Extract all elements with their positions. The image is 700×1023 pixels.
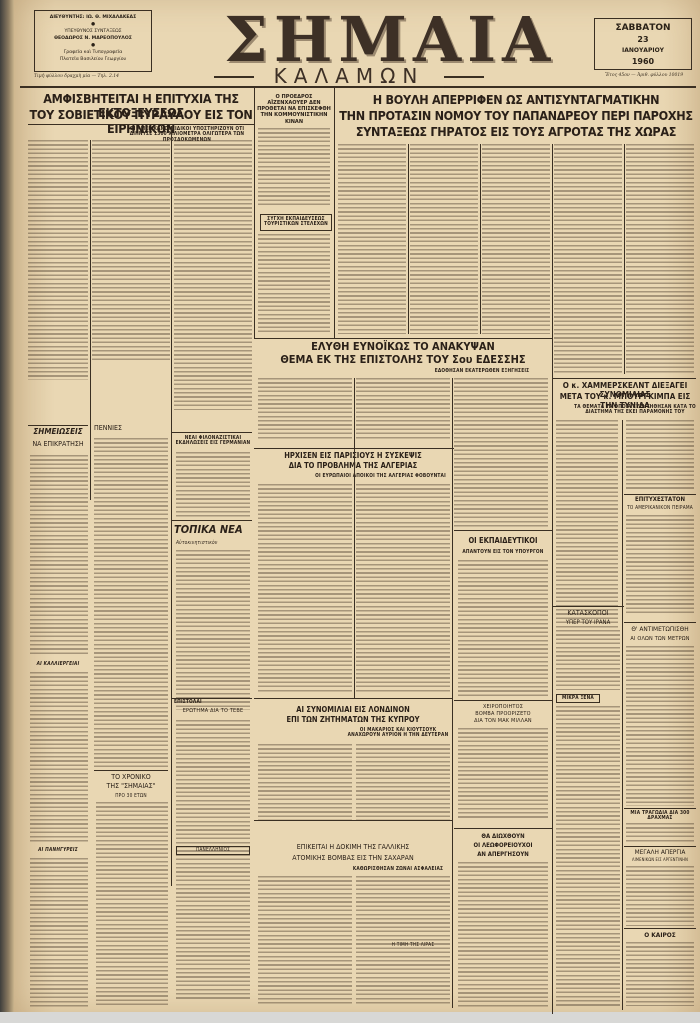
headline-cyprus-1: ΑΙ ΣΥΝΟΜΙΛΙΑΙ ΕΙΣ ΛΟΝΔΙΝΟΝ — [254, 706, 452, 714]
headline-pennies: ΠΕΝΝΙΕΣ — [94, 425, 124, 433]
article-text-missile-col1 — [28, 140, 88, 380]
article-text-cyprus-col2 — [356, 744, 450, 820]
article-text-algeria-col2 — [356, 484, 450, 694]
headline-letters: ΕΡΩΤΗΜΑ ΔΙΑ ΤΟ ΤΕΒΕ — [174, 708, 252, 714]
rule — [454, 828, 552, 829]
article-text-edessa-col1 — [258, 378, 352, 440]
section-local-news: ΤΟΠΙΚΑ ΝΕΑ — [174, 524, 252, 536]
headline-parliament-1: Η ΒΟΥΛΗ ΑΠΕΡΡΙΦΕΝ ΩΣ ΑΝΤΙΣΥΝΤΑΓΜΑΤΙΚΗΝ — [336, 93, 696, 107]
headline-notes: ΝΑ ΕΠΙΚΡΑΤΗΣΗ — [28, 441, 88, 449]
rule — [624, 622, 696, 623]
article-text-edessa-col2 — [356, 378, 450, 440]
rule — [172, 520, 252, 521]
article-text-american-test — [626, 515, 694, 615]
headline-edessa-1: ΕΛΥΘΗ ΕΥΝΟΪΚΩΣ ΤΟ ΑΝΑΚΥΨΑΝ — [254, 341, 552, 353]
masthead-office-line2: Πλατεῖα Βασιλείου Γεωργίου — [35, 56, 151, 63]
rule — [624, 808, 696, 809]
rule — [254, 698, 452, 699]
article-text-strike — [626, 866, 694, 926]
headline-weather: Ο ΚΑΙΡΟΣ — [624, 932, 696, 939]
headline-atomic-2: ΑΤΟΜΙΚΗΣ ΒΟΜΒΑΣ ΕΙΣ ΤΗΝ ΣΑΧΑΡΑΝ — [254, 855, 452, 863]
local-news-item: Αὐτοκινητιστικὸν — [176, 541, 246, 546]
subhead-american-test: ΤΟ ΑΜΕΡΙΚΑΝΙΚΟΝ ΠΕΙΡΑΜΑ — [624, 506, 696, 511]
article-text-hammarskjold-col1 — [556, 420, 618, 630]
rule — [254, 820, 452, 821]
article-text-algeria-col1 — [258, 484, 352, 694]
masthead-editor-name: ΘΕΟΔΩΡΟΣ Ν. ΜΑΡΕΟΠΟΥΛΟΣ — [35, 35, 151, 42]
article-text-iran — [556, 630, 620, 690]
rule — [454, 700, 552, 701]
headline-edessa-2: ΘΕΜΑ ΕΚ ΤΗΣ ΕΠΙΣΤΟΛΗΣ ΤΟΥ Σου ΕΔΕΣΣΗΣ — [254, 354, 552, 366]
subhead-cultivation: ΑΙ ΚΑΛΛΙΕΡΓΕΙΑΙ — [28, 662, 88, 667]
rule — [254, 338, 552, 339]
masthead-rule — [20, 86, 696, 88]
headline-bus-1: ΘΑ ΔΙΩΧΘΟΥΝ — [454, 834, 552, 841]
headline-algeria-1: ΗΡΧΙΣΕΝ ΕΙΣ ΠΑΡΙΣΙΟΥΣ Η ΣΥΣΚΕΨΙΣ — [254, 452, 452, 460]
headline-small-foreign: ΜΙΚΡΑ ΞΕΝΑ — [556, 694, 600, 703]
newspaper-page: ΔΙΕΥΘΥΝΤΗΣ: ΙΩ. Θ. ΜΙΧΑΛΑΚΕΑΣ ● ΥΠΕΥΘΥΝΟ… — [14, 0, 700, 1012]
edition-number: Ἔτος 45ον — Ἀριθ. φύλλου 10019 — [594, 73, 694, 78]
headline-drachma: Η ΤΙΜΗ ΤΗΣ ΛΙΡΑΣ — [374, 943, 452, 948]
article-text-pharmacies — [176, 452, 250, 517]
headline-bus-2: ΟΙ ΛΕΩΦΟΡΕΙΟΥΧΟΙ — [454, 843, 552, 850]
subhead-festivals: ΑΙ ΠΑΝΗΓΥΡΕΙΣ — [28, 848, 88, 853]
box-headline-tourism: ΣΥΓΧΗ ΕΚΠΑΙΔΕΥΣΕΩΣ ΤΟΥΡΙΣΤΙΚΩΝ ΣΤΕΛΕΧΩΝ — [260, 214, 332, 231]
article-text-bomb — [458, 728, 548, 818]
rule — [624, 928, 696, 929]
article-text-cultivation — [30, 672, 88, 842]
article-text-letters — [176, 720, 250, 1000]
article-text-eisenhower — [258, 128, 330, 208]
headline-bus-3: ΑΝ ΑΠΕΡΓΗΣΟΥΝ — [454, 852, 552, 859]
article-text-missile-col2 — [92, 140, 170, 360]
masthead-office-line1: Γραφεῖα καὶ Τυπογραφεῖα — [35, 49, 151, 56]
headline-cyprus-2: ΕΠΙ ΤΩΝ ΖΗΤΗΜΑΤΩΝ ΤΗΣ ΚΥΠΡΟΥ — [254, 716, 452, 724]
masthead-director: ΔΙΕΥΘΥΝΤΗΣ: ΙΩ. Θ. ΜΙΧΑΛΑΚΕΑΣ — [35, 14, 151, 21]
subhead-cyprus: ΟΙ ΜΑΚΑΡΙΟΣ ΚΑΙ ΚΙΟΥΤΣΟΥΚ ΑΝΑΧΩΡΟΥΝ ΑΥΡΙ… — [344, 728, 452, 739]
column-rule — [622, 420, 623, 1010]
headline-atomic-1: ΕΠΙΚΕΙΤΑΙ Η ΔΟΚΙΜΗ ΤΗΣ ΓΑΛΛΙΚΗΣ — [254, 844, 452, 852]
page-binding-edge — [0, 0, 14, 1023]
headline-iran-1: ΚΑΤΑΣΚΟΠΟΙ — [554, 610, 622, 618]
scan-bottom-margin — [0, 1012, 700, 1023]
subhead-strike: ΛΙΜΕΝΙΚΩΝ ΕΙΣ ΑΡΓΕΝΤΙΝΗΝ — [624, 858, 696, 862]
headline-chronicle-2: ΤΗΣ "ΣΗΜΑΙΑΣ" — [94, 783, 168, 791]
headline-loss: ΜΙΑ ΤΡΑΓΩΔΙΑ ΔΙΑ 300 ΔΡΑΧΜΑΣ — [624, 811, 696, 822]
article-text-small-foreign — [556, 706, 620, 1006]
article-text-parliament-col2 — [410, 144, 478, 334]
column-rule — [624, 144, 625, 374]
subhead-atomic: ΚΑΘΩΡΙΣΘΗΣΑΝ ΖΩΝΑΙ ΑΣΦΑΛΕΙΑΣ — [344, 867, 452, 872]
article-text-parliament-col1 — [338, 144, 406, 334]
column-rule — [480, 144, 481, 334]
article-text-bus — [458, 862, 548, 1007]
article-text-atomic-col1 — [258, 876, 352, 1006]
masthead-credits-box: ΔΙΕΥΘΥΝΤΗΣ: ΙΩ. Θ. ΜΙΧΑΛΑΚΕΑΣ ● ΥΠΕΥΘΥΝΟ… — [34, 10, 152, 72]
column-rule — [90, 140, 91, 500]
subhead-chronicle: ΠΡΟ 30 ΕΤΩΝ — [94, 794, 168, 799]
masthead-editor-role: ΥΠΕΥΘΥΝΟΣ ΣΥΝΤΑΞΕΩΣ — [35, 28, 151, 35]
newspaper-subtitle: ΚΑΛΑΜΩΝ — [224, 64, 474, 88]
subhead-teachers: ΑΠΑΝΤΟΥΝ ΕΙΣ ΤΟΝ ΥΠΟΥΡΓΟΝ — [454, 550, 552, 555]
rule — [94, 770, 168, 771]
article-text-loss — [626, 823, 694, 843]
article-text-parliament-col3 — [482, 144, 550, 334]
date-month: ΙΑΝΟΥΑΡΙΟΥ — [595, 45, 691, 56]
rule — [28, 425, 88, 426]
article-text-tourism — [258, 234, 330, 334]
subhead-hammarskjold: ΤΑ ΘΕΜΑΤΑ ΤΑ ΟΠΟΙΑ ΣΥΖΗΤΗΘΗΣΑΝ ΚΑΤΑ ΤΟ Δ… — [574, 405, 696, 416]
rule — [552, 606, 624, 607]
headline-iran-2: ΥΠΕΡ ΤΟΥ ΙΡΑΝΑ — [554, 620, 622, 627]
rule — [552, 378, 696, 379]
headline-bomb-3: ΔΙΑ ΤΟΝ ΜΑΚ ΜΙΛΛΑΝ — [454, 718, 552, 724]
rule — [624, 846, 696, 847]
headline-eisenhower: Ο ΠΡΟΕΔΡΟΣ ΑΪΖΕΝΧΑΟΥΕΡ ΔΕΝ ΠΡΟΘΕΤΑΙ ΝΑ Ε… — [256, 94, 332, 125]
subhead-edessa: ΕΔΟΘΗΣΑΝ ΕΚΑΤΕΡΩΘΕΝ ΕΞΗΓΗΣΕΙΣ — [414, 369, 550, 374]
headline-chronicle-1: ΤΟ ΧΡΟΝΙΚΟ — [94, 774, 168, 782]
subhead-algeria: ΟΙ ΕΥΡΩΠΑΙΟΙ ΑΠΟΙΚΟΙ ΤΗΣ ΑΛΓΕΡΙΑΣ ΦΟΒΟΥΝ… — [309, 474, 452, 479]
section-notes: ΣΗΜΕΙΩΣΕΙΣ — [28, 428, 88, 437]
headline-algeria-2: ΔΙΑ ΤΟ ΠΡΟΒΛΗΜΑ ΤΗΣ ΑΛΓΕΡΙΑΣ — [254, 462, 452, 470]
article-text-festivals — [30, 858, 88, 1008]
rule — [172, 698, 252, 699]
article-text-atomic-col2 — [356, 876, 450, 1006]
headline-panhellenic: ΠΑΝΕΛΛΗΝΙΟΣ — [176, 846, 250, 855]
headline-bomb-2: ΒΟΜΒΑ ΠΡΟΟΡΙΖΕΤΟ — [454, 711, 552, 717]
headline-facing-2: ΑΙ ΟΛΩΝ ΤΩΝ ΜΕΤΡΩΝ — [624, 636, 696, 642]
column-rule — [354, 378, 355, 698]
newspaper-title: ΣΗΜΑΙΑ — [224, 8, 474, 72]
column-rule — [452, 378, 453, 1008]
article-text-hammarskjold-col2 — [626, 420, 694, 490]
bullet-icon: ● — [35, 42, 151, 49]
rule — [172, 432, 252, 433]
date-weekday: ΣΑΒΒΑΤΟΝ — [595, 23, 691, 34]
headline-pharmacies: ΝΕΑΙ ΦΙΛΟΝΑΖΙΣΤΙΚΑΙ ΕΚΔΗΛΩΣΕΙΣ ΕΙΣ ΓΕΡΜΑ… — [174, 436, 252, 447]
subtitle-rule-right — [444, 76, 484, 78]
column-rule — [254, 88, 255, 338]
column-rule — [171, 126, 172, 886]
article-text-chronicle — [96, 802, 168, 1007]
article-text-missile-col3 — [174, 140, 252, 410]
headline-parliament-2: ΤΗΝ ΠΡΟΤΑΣΙΝ ΝΟΜΟΥ ΤΟΥ ΠΑΠΑΝΔΡΕΟΥ ΠΕΡΙ Π… — [336, 109, 696, 123]
article-text-cyprus-col1 — [258, 744, 352, 820]
headline-parliament-3: ΣΥΝΤΑΞΕΩΣ ΓΗΡΑΤΟΣ ΕΙΣ ΤΟΥΣ ΑΓΡΟΤΑΣ ΤΗΣ Χ… — [336, 125, 696, 139]
headline-american-test: ΕΠΙΤΥΧΕΣΤΑΤΟΝ — [624, 497, 696, 504]
bullet-icon: ● — [35, 21, 151, 28]
article-text-pennies — [94, 438, 168, 768]
column-rule — [552, 144, 553, 1014]
masthead-price-note: Τιμὴ φύλλου δραχμὴ μία — Τηλ. 2.14 — [34, 74, 154, 79]
date-box: ΣΑΒΒΑΤΟΝ 23 ΙΑΝΟΥΑΡΙΟΥ 1960 — [594, 18, 692, 70]
headline-strike: ΜΕΓΑΛΗ ΑΠΕΡΓΙΑ — [624, 849, 696, 856]
date-day: 23 — [595, 34, 691, 45]
article-text-local — [176, 550, 250, 710]
rule — [624, 494, 696, 495]
article-text-edessa-col3 — [454, 378, 548, 528]
headline-bomb-1: ΧΕΙΡΟΠΟΙΗΤΟΣ — [454, 704, 552, 710]
rule — [28, 124, 254, 125]
date-year: 1960 — [595, 56, 691, 67]
rule — [454, 530, 552, 531]
article-text-facing — [626, 646, 694, 806]
article-text-weather — [626, 942, 694, 1006]
article-text-teachers — [458, 560, 548, 696]
column-rule — [408, 144, 409, 334]
article-text-parliament-col4 — [554, 144, 622, 374]
section-letters: ΕΠΙΣΤΟΛΑΙ — [174, 700, 252, 705]
headline-teachers: ΟΙ ΕΚΠΑΙΔΕΥΤΙΚΟΙ — [454, 537, 552, 545]
article-text-notes — [30, 455, 88, 655]
column-rule — [334, 88, 335, 338]
headline-facing-1: Θ' ΑΝΤΙΜΕΤΩΠΙΣΘΗ — [624, 626, 696, 633]
article-text-parliament-col5 — [626, 144, 694, 374]
